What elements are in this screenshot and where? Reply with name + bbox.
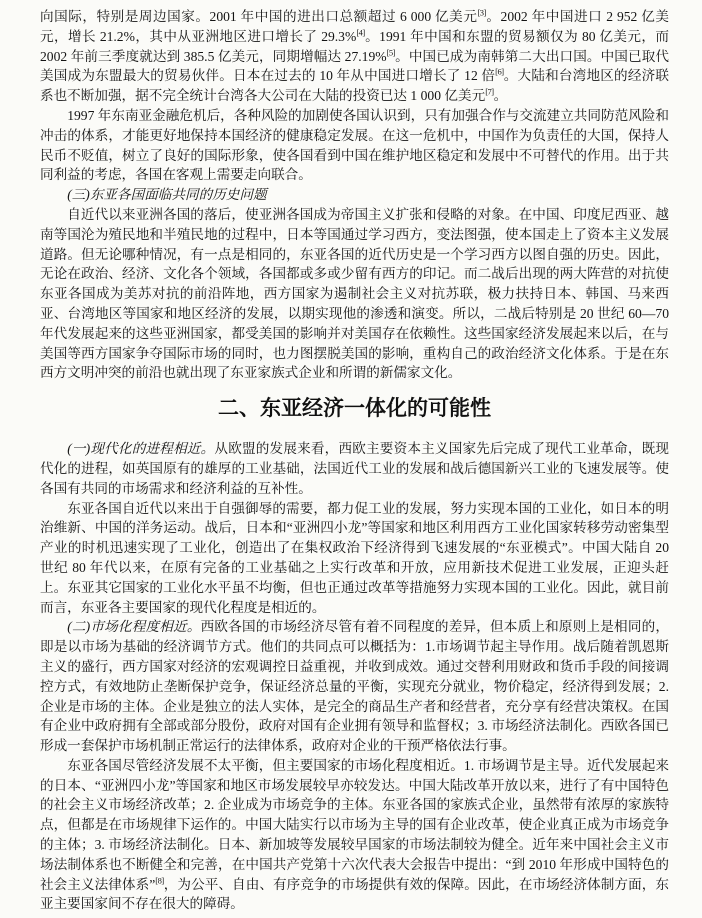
text-segment: 。 (494, 88, 508, 103)
paragraph-1: 向国际，特别是周边国家。2001 年中国的进出口总额超过 6 000 亿美元[3… (40, 7, 669, 106)
citation-ref: [7] (485, 87, 493, 97)
paragraph-8: (二)市场化程度相近。西欧各国的市场经济尽管有着不同程度的差异，但本质上和原则上… (40, 617, 669, 756)
text-segment: 向国际，特别是周边国家。2001 年中国的进出口总额超过 6 000 亿美元 (40, 9, 477, 24)
subheading-lead: (三)东亚各国面临共同的历史问题 (67, 187, 266, 202)
paragraph-2: 1997 年东南亚金融危机后，各种风险的加剧使各国认识到，只有加强合作与交流建立… (40, 106, 669, 185)
citation-ref: [5] (387, 47, 395, 57)
paragraph-9: 东亚各国尽管经济发展不太平衡，但主要国家的市场化程度相近。1. 市场调节是主导。… (40, 756, 669, 914)
citation-ref: [6] (495, 67, 503, 77)
text-segment: 西欧各国的市场经济尽管有着不同程度的差异，但本质上和原则上是相同的，即是以市场为… (40, 619, 669, 753)
citation-ref: [3] (477, 7, 485, 17)
text-segment: 自近代以来亚洲各国的落后，使亚洲各国成为帝国主义扩张和侵略的对象。在中国、印度尼… (40, 207, 669, 380)
subheading-lead: (二)市场化程度相近。 (67, 619, 200, 634)
text-segment: 东亚各国尽管经济发展不太平衡，但主要国家的市场化程度相近。1. 市场调节是主导。… (40, 758, 669, 892)
section-heading: 二、东亚经济一体化的可能性 (40, 397, 669, 421)
paragraph-3: (三)东亚各国面临共同的历史问题 (40, 185, 669, 205)
document-body: 向国际，特别是周边国家。2001 年中国的进出口总额超过 6 000 亿美元[3… (40, 7, 669, 914)
scanned-paper-page: 向国际，特别是周边国家。2001 年中国的进出口总额超过 6 000 亿美元[3… (0, 0, 702, 918)
citation-ref: [8] (155, 875, 163, 885)
paragraph-4: 自近代以来亚洲各国的落后，使亚洲各国成为帝国主义扩张和侵略的对象。在中国、印度尼… (40, 205, 669, 383)
paragraph-6: (一)现代化的进程相近。从欧盟的发展来看，西欧主要资本主义国家先后完成了现代工业… (40, 439, 669, 498)
paragraph-7: 东亚各国自近代以来出于自强御辱的需要，都力促工业的发展，努力实现本国的工业化，如… (40, 499, 669, 618)
text-segment: 1997 年东南亚金融危机后，各种风险的加剧使各国认识到，只有加强合作与交流建立… (40, 108, 669, 182)
citation-ref: [4] (356, 27, 364, 37)
text-segment: 东亚各国自近代以来出于自强御辱的需要，都力促工业的发展，努力实现本国的工业化，如… (40, 501, 669, 615)
subheading-lead: (一)现代化的进程相近。 (67, 441, 214, 456)
